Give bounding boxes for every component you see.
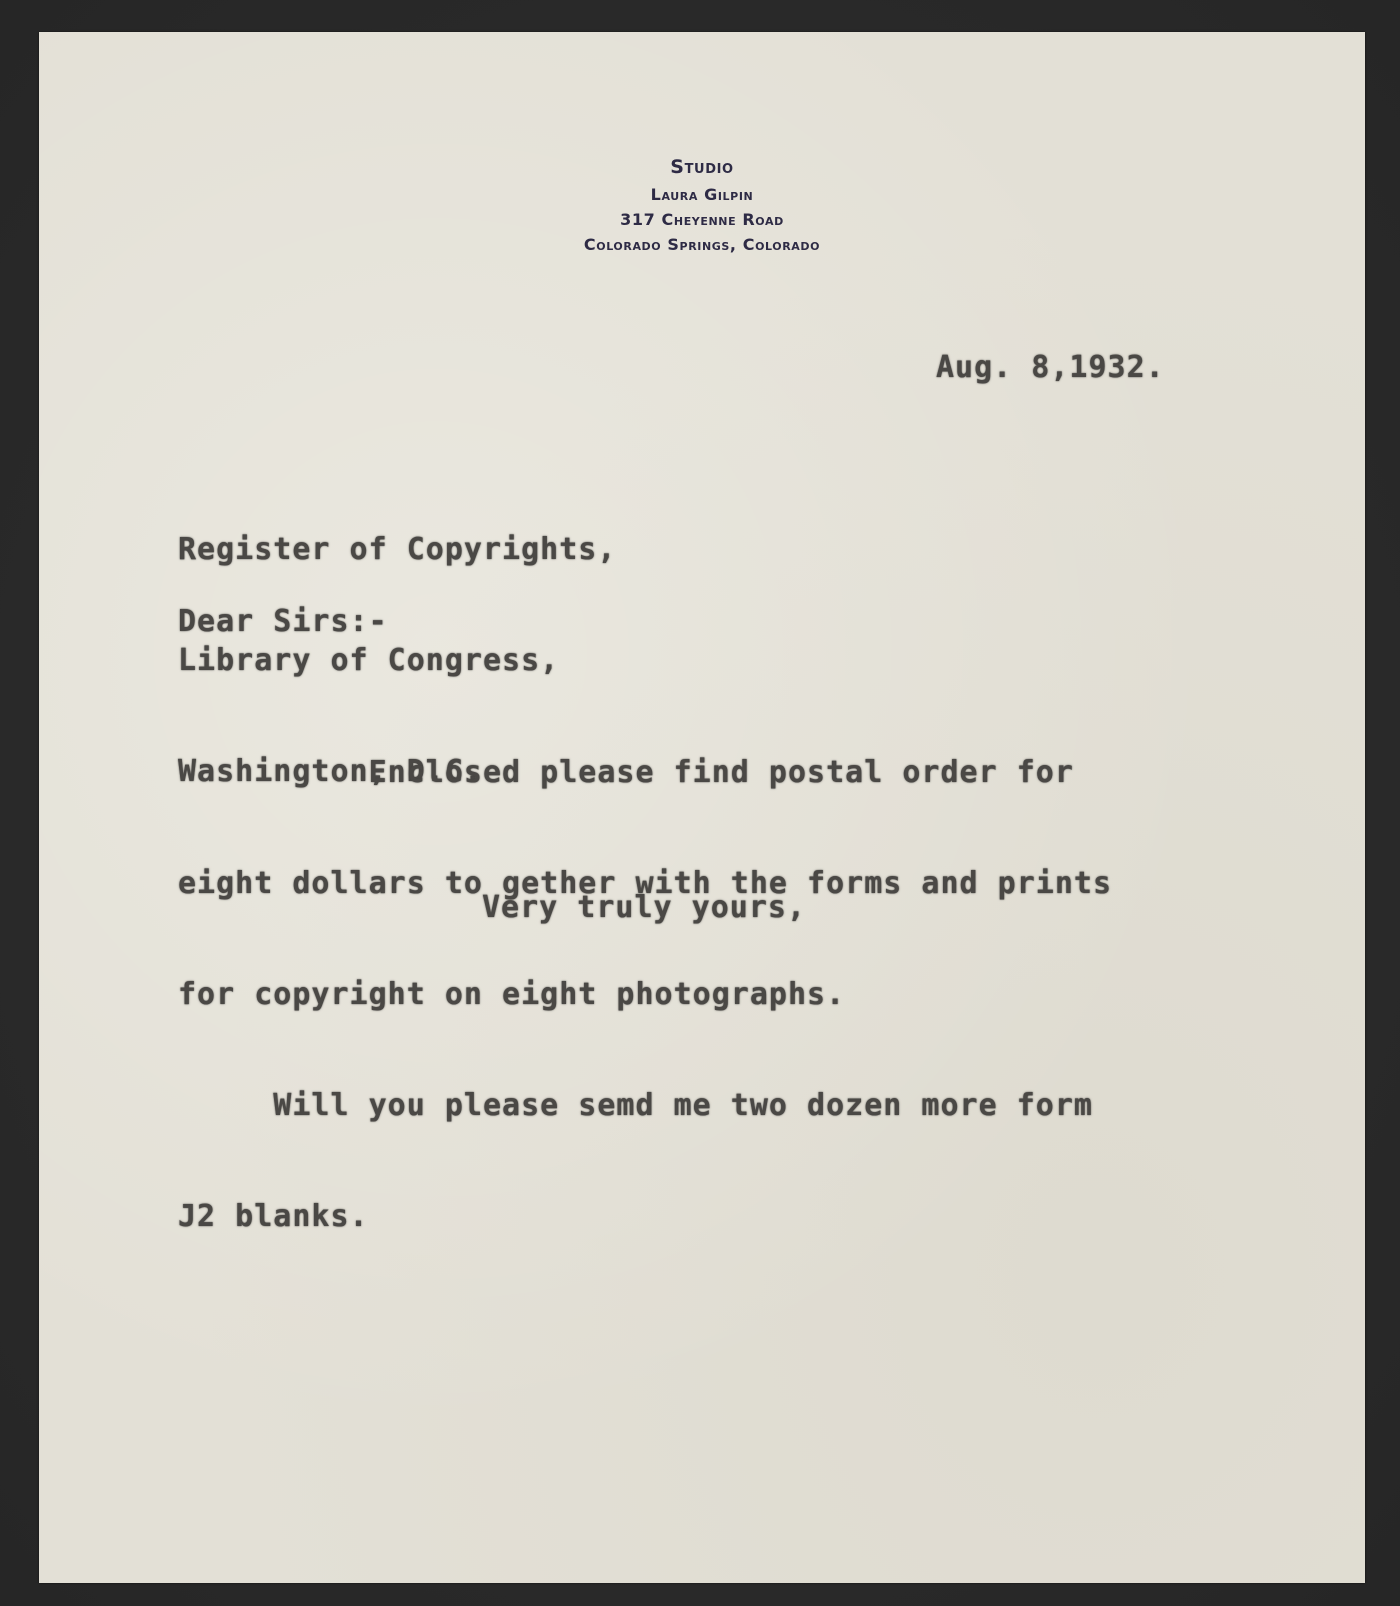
address-line: Library of Congress, (178, 642, 616, 679)
salutation: Dear Sirs:- (178, 604, 388, 639)
body-line: Enclosed please find postal order for (178, 754, 1112, 791)
closing: Very truly yours, (482, 890, 806, 925)
letterhead-studio: Studio (39, 152, 1365, 182)
letter-body: Enclosed please find postal order for ei… (178, 680, 1112, 1309)
letterhead-street: 317 Cheyenne Road (39, 207, 1365, 232)
body-line: Will you please semd me two dozen more f… (178, 1087, 1112, 1124)
letterhead: Studio Laura Gilpin 317 Cheyenne Road Co… (39, 152, 1365, 257)
letter-date: Aug. 8,1932. (936, 350, 1165, 385)
body-line: for copyright on eight photographs. (178, 976, 1112, 1013)
address-line: Register of Copyrights, (178, 531, 616, 568)
letter-page: Studio Laura Gilpin 317 Cheyenne Road Co… (39, 32, 1365, 1583)
body-line: J2 blanks. (178, 1198, 1112, 1235)
letterhead-city: Colorado Springs, Colorado (39, 232, 1365, 257)
letterhead-name: Laura Gilpin (39, 182, 1365, 207)
